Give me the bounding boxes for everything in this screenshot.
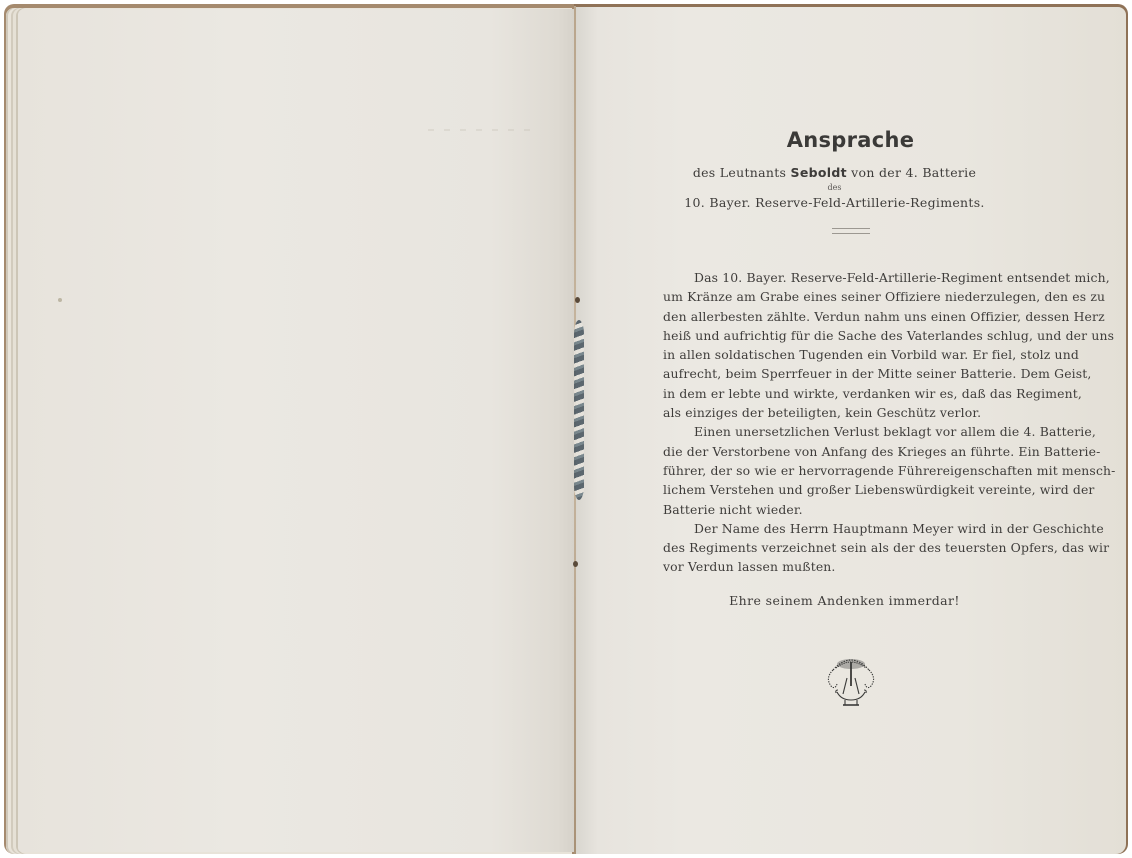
text-line: in allen soldatischen Tugenden ein Vorbi… <box>632 345 1037 364</box>
subtitle-line-2: des <box>632 182 1037 194</box>
paragraph-3: Der Name des Herrn Hauptmann Meyer wird … <box>632 519 1037 577</box>
text-line: Der Name des Herrn Hauptmann Meyer wird … <box>632 519 1037 538</box>
speech-body: Das 10. Bayer. Reserve-Feld-Artillerie-R… <box>632 268 1037 577</box>
text-line: die der Verstorbene von Anfang des Krieg… <box>632 442 1037 461</box>
text-line: in dem er lebte und wirkte, verdanken wi… <box>632 384 1037 403</box>
subtitle-prefix: des Leutnants <box>693 165 786 180</box>
binding-knot-bottom <box>573 561 578 567</box>
paper-speck <box>58 298 62 302</box>
urn-ornament-icon <box>823 648 879 708</box>
text-line: heiß und aufrichtig für die Sache des Va… <box>632 326 1037 345</box>
open-book: Ansprache des Leutnants Seboldt von der … <box>0 0 1132 858</box>
text-line: um Kränze am Grabe eines seiner Offizier… <box>632 287 1037 306</box>
text-line: Batterie nicht wieder. <box>632 500 1037 519</box>
speech-text-block: Ansprache des Leutnants Seboldt von der … <box>632 128 1037 620</box>
page-title: Ansprache <box>664 128 1037 158</box>
show-through-marks <box>428 129 538 131</box>
text-line: den allerbesten zählte. Verdun nahm uns … <box>632 307 1037 326</box>
subtitle-line-1: des Leutnants Seboldt von der 4. Batteri… <box>632 164 1037 182</box>
text-line: aufrecht, beim Sperrfeuer in der Mitte s… <box>632 364 1037 383</box>
text-line: Das 10. Bayer. Reserve-Feld-Artillerie-R… <box>632 268 1037 287</box>
text-line: führer, der so wie er hervorragende Führ… <box>632 461 1037 480</box>
binding-thread <box>574 320 584 500</box>
text-line: vor Verdun lassen mußten. <box>632 557 1037 576</box>
subtitle-suffix: von der 4. Batterie <box>851 165 976 180</box>
text-line: lichem Verstehen und großer Liebenswürdi… <box>632 480 1037 499</box>
binding-knot-top <box>575 297 580 303</box>
text-line: des Regiments verzeichnet sein als der d… <box>632 538 1037 557</box>
paragraph-1: Das 10. Bayer. Reserve-Feld-Artillerie-R… <box>632 268 1037 422</box>
left-page <box>18 9 574 852</box>
double-rule-divider <box>832 228 870 234</box>
speaker-name: Seboldt <box>791 165 847 180</box>
closing-line: Ehre seinem Andenken immerdar! <box>632 593 1037 608</box>
paragraph-2: Einen unersetzlichen Verlust beklagt vor… <box>632 422 1037 518</box>
text-line: als einziges der beteiligten, kein Gesch… <box>632 403 1037 422</box>
text-line: Einen unersetzlichen Verlust beklagt vor… <box>632 422 1037 441</box>
subtitle-line-3: 10. Bayer. Reserve-Feld-Artillerie-Regim… <box>632 194 1037 212</box>
